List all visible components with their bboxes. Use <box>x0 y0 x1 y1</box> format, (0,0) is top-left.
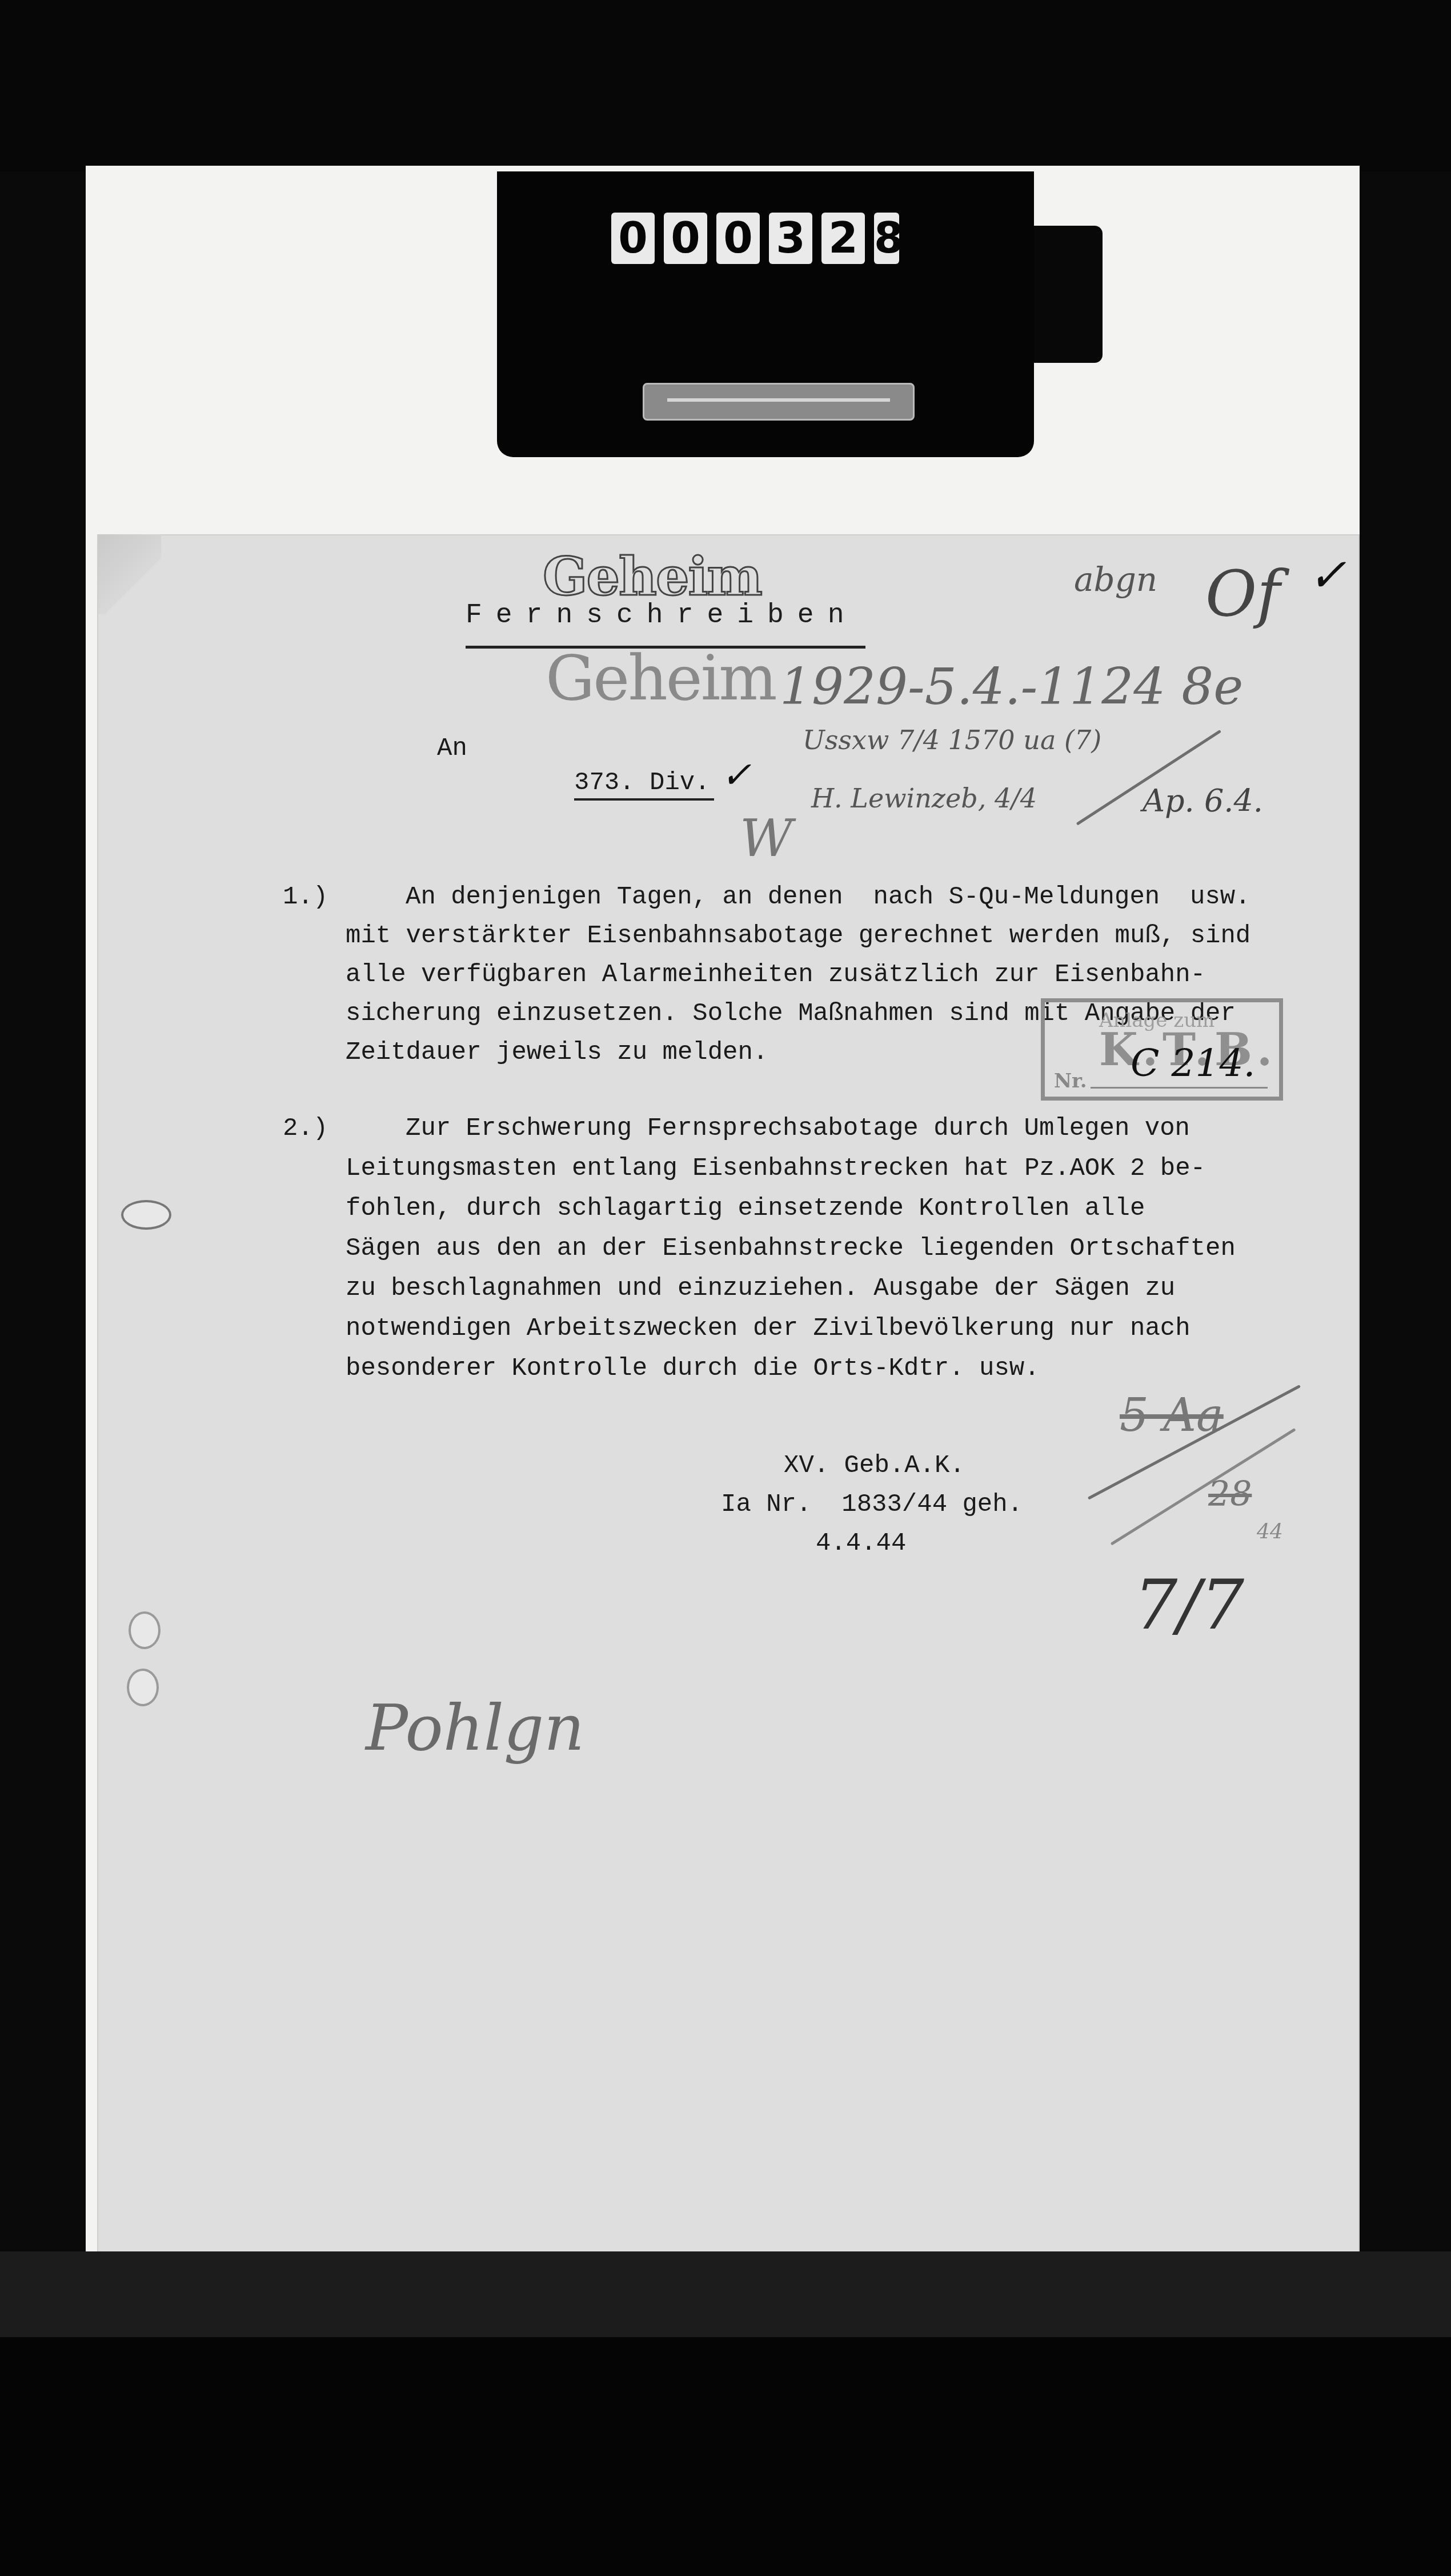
ktb-stamp-line <box>1091 1087 1268 1089</box>
counter-digit: 0 <box>716 213 760 264</box>
paragraph-2-line: Sägen aus den an der Eisenbahnstrecke li… <box>346 1234 1236 1263</box>
document-title: Fernschreiben <box>466 600 857 631</box>
addressee-underline <box>574 798 714 801</box>
paragraph-number: 1.) <box>283 883 328 911</box>
punch-hole-damaged <box>121 1200 171 1230</box>
frame-counter-digits: 0 0 0 3 2 8 <box>611 213 899 264</box>
paragraph-2-line: Zur Erschwerung Fernsprechsabotage durch… <box>406 1114 1190 1143</box>
paragraph-2-line: notwendigen Arbeitszwecken der Zivilbevö… <box>346 1314 1191 1343</box>
sender-reference: Ia Nr. 1833/44 geh. <box>721 1490 1023 1519</box>
paragraph-1-line: alle verfügbaren Alarmeinheiten zusätzli… <box>346 961 1205 989</box>
margin-number-28: 28 <box>1208 1474 1252 1514</box>
ktb-stamp: Anlage zum K.T.B. Nr. C 214. <box>1041 998 1283 1101</box>
punch-hole <box>129 1611 161 1649</box>
counter-digit: 0 <box>664 213 707 264</box>
addressee-label: An <box>437 734 467 763</box>
signature: Pohlgn <box>366 1691 584 1765</box>
paragraph-1-line: An denjenigen Tagen, an denen nach S-Qu-… <box>406 883 1250 911</box>
counter-digit: 8 <box>874 213 899 264</box>
stamp-geheim: Geheim <box>546 643 776 714</box>
page-corner-fold <box>98 534 161 614</box>
counter-digit: 0 <box>611 213 655 264</box>
paragraph-2-line: zu beschlagnahmen und einzuziehen. Ausga… <box>346 1274 1175 1303</box>
addressee-checkmark: ✓ <box>721 754 752 797</box>
film-border-band <box>0 2251 1451 2343</box>
handwritten-checkmark: ✓ <box>1308 549 1346 602</box>
handwritten-line-2: H. Lewinzeb, 4/4 <box>811 783 1037 814</box>
counter-knob <box>1023 226 1103 363</box>
film-border-top <box>0 0 1451 171</box>
handwritten-initial: Of <box>1205 557 1280 630</box>
handwritten-date-mark: Ap. 6.4. <box>1143 783 1263 819</box>
sender-unit: XV. Geb.A.K. <box>784 1451 965 1480</box>
handwritten-initials-mid: W <box>740 809 793 869</box>
handwritten-line-1: Ussxw 7/4 1570 ua (7) <box>803 725 1101 755</box>
paragraph-2-line: fohlen, durch schlagartig einsetzende Ko… <box>346 1194 1145 1223</box>
margin-fraction: 7/7 <box>1134 1566 1244 1645</box>
film-border-bottom <box>0 2337 1451 2576</box>
ktb-stamp-nr-label: Nr. <box>1054 1070 1087 1093</box>
ktb-stamp-number: C 214. <box>1131 1041 1255 1085</box>
sender-date: 4.4.44 <box>816 1529 906 1558</box>
counter-digit: 3 <box>769 213 812 264</box>
stamp-geheim-top: Geheim <box>543 546 761 607</box>
punch-hole <box>127 1669 159 1706</box>
journal-number: 1929-5.4.-1124 8e <box>780 657 1243 716</box>
handwritten-note-abgn: abgn <box>1074 560 1157 599</box>
margin-small: 44 <box>1257 1520 1283 1543</box>
paragraph-1-line: Zeitdauer jeweils zu melden. <box>346 1038 768 1067</box>
paragraph-2-line: besonderer Kontrolle durch die Orts-Kdtr… <box>346 1354 1040 1383</box>
frame-counter-device: 0 0 0 3 2 8 <box>497 171 1034 457</box>
title-underline-dash <box>845 646 864 649</box>
counter-nameplate <box>643 383 915 421</box>
paragraph-number: 2.) <box>283 1114 328 1143</box>
counter-digit: 2 <box>821 213 865 264</box>
paragraph-2-line: Leitungsmasten entlang Eisenbahnstrecken… <box>346 1154 1205 1183</box>
paragraph-1-line: mit verstärkter Eisenbahnsabotage gerech… <box>346 922 1250 950</box>
addressee: 373. Div. <box>574 769 710 797</box>
